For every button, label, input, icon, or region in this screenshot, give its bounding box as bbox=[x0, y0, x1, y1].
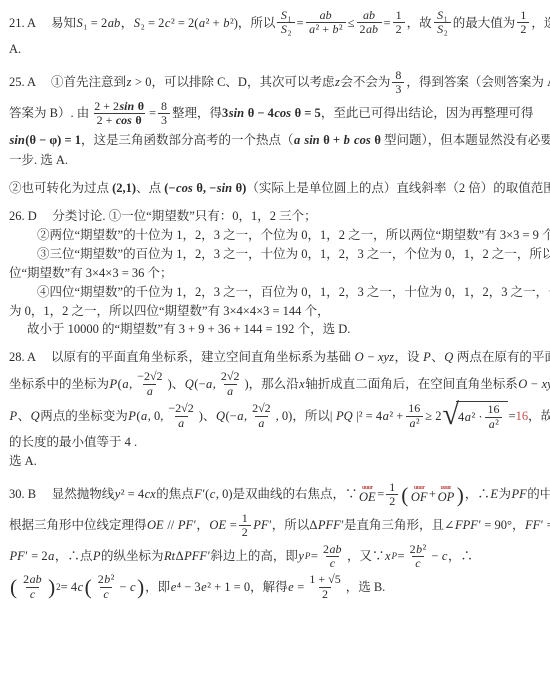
vector-name: OP bbox=[437, 491, 455, 504]
fraction-denominator: S₂ bbox=[434, 22, 451, 36]
fraction-denominator: 2 bbox=[239, 525, 251, 539]
math-run: Q(−a, bbox=[184, 376, 216, 393]
text-run: 的焦点 bbox=[156, 486, 194, 503]
text-run: 两点在原有的平面直角 bbox=[454, 350, 550, 364]
text-run: ，∴ bbox=[465, 486, 490, 503]
big-paren: ( bbox=[10, 578, 17, 596]
text-run: ，所以 bbox=[292, 408, 330, 425]
math-run-bold: a sin θ + b cos θ bbox=[293, 133, 380, 147]
math-run: 3 + 9 + 36 + 144 = 192 bbox=[179, 322, 295, 336]
text-run: 两点的坐标变为 bbox=[40, 408, 128, 425]
fraction-denominator: 2ab bbox=[357, 22, 382, 36]
math-run: 3×4×4×3 = 144 bbox=[223, 304, 301, 318]
solution-25-line-1: 25. A ①首先注意到 z > 0，可以排除 C、D，其次可以考虑 z 会不会… bbox=[9, 69, 542, 97]
fraction-numerator: 1 bbox=[393, 9, 405, 22]
fraction-numerator: ab bbox=[360, 9, 379, 22]
fraction-numerator: S₁ bbox=[277, 9, 294, 22]
text-run: ②两位“期望数”的十位为 1，2，3 之一，个位为 0，1，2 之一，所以两位“… bbox=[37, 228, 500, 242]
fraction: 2abc bbox=[320, 543, 345, 571]
fraction-numerator: 2b² bbox=[407, 543, 430, 556]
text-run: 的最大值为 bbox=[453, 15, 516, 32]
math-run: −2√2 bbox=[168, 401, 193, 415]
math-run: = 4c bbox=[61, 579, 84, 596]
fraction-numerator: 16 bbox=[485, 403, 503, 416]
math-run: FF′ = 2c bbox=[525, 517, 550, 534]
math-run: c bbox=[415, 556, 421, 570]
fraction-numerator: 1 + √5 bbox=[306, 573, 343, 586]
math-run: 2√2 bbox=[252, 401, 271, 415]
math-run: S₂ = 2c² = 2(a² + b²) bbox=[133, 15, 238, 32]
fraction: 2 + 2sin θ2 + cos θ bbox=[91, 100, 147, 128]
math-run: a bbox=[227, 384, 234, 398]
fraction-denominator: 3 bbox=[392, 82, 404, 96]
math-run: , 0) bbox=[276, 408, 293, 425]
text-run: ，所以 bbox=[238, 15, 276, 32]
vector-name: OE bbox=[359, 491, 377, 504]
vector: uuurOE bbox=[359, 485, 377, 504]
math-run: ab bbox=[319, 8, 332, 22]
text-run: 、 bbox=[18, 408, 31, 425]
text-run: ，至此已可得出结论，因为再整理可得 bbox=[321, 105, 534, 122]
math-run: Q bbox=[444, 350, 454, 364]
math-run: = bbox=[398, 548, 405, 565]
math-run: ≥ 2 bbox=[425, 408, 441, 425]
math-run: OP bbox=[437, 490, 455, 504]
math-run: 2 bbox=[520, 22, 526, 36]
text-run: 为 0，1，2 之一，所以四位“期望数”有 bbox=[9, 304, 223, 318]
math-run: P bbox=[9, 408, 18, 425]
math-run: e⁴ − 3e² + 1 = 0 bbox=[170, 579, 250, 596]
text-run: ，这是三角函数部分高考的一个热点（ bbox=[81, 133, 294, 147]
math-run: c bbox=[29, 587, 35, 601]
text-run: 的中点， bbox=[527, 486, 550, 503]
math-run: = bbox=[384, 15, 391, 32]
fraction: 2√2a bbox=[218, 370, 243, 398]
text-run: 25. A ①首先注意到 bbox=[9, 74, 126, 91]
text-run: 个，选 D. bbox=[294, 322, 350, 336]
text-run: ，得到答案（会则答案为 A，否则 bbox=[406, 74, 550, 91]
math-run-bold: sin θ bbox=[119, 99, 144, 113]
fraction-numerator: 1 bbox=[386, 481, 398, 494]
fraction-numerator: −2√2 bbox=[134, 370, 165, 383]
text-run: 、 bbox=[172, 376, 185, 393]
fraction: ab2ab bbox=[357, 9, 382, 37]
fraction-denominator: c bbox=[326, 556, 338, 570]
math-run: P bbox=[423, 350, 432, 364]
fraction: aba² + b² bbox=[306, 9, 346, 37]
math-run: 2ab bbox=[360, 22, 379, 36]
text-run: 个； bbox=[144, 266, 172, 280]
highlighted-value: 16 bbox=[516, 408, 529, 425]
text-run: 位“期望数”有 bbox=[9, 266, 86, 280]
text-run: 斜边上的高，即 bbox=[210, 548, 298, 565]
fraction-denominator: a bbox=[224, 384, 237, 398]
text-run: ③三位“期望数”的百位为 1，2，3 之一，十位为 0，1，2，3 之一，个位为… bbox=[37, 247, 550, 261]
text-run: 为 bbox=[498, 486, 511, 503]
math-run: −2√2 bbox=[137, 369, 162, 383]
math-run: 3×4×3 = 36 bbox=[86, 266, 145, 280]
math-run: 1 bbox=[389, 480, 395, 494]
math-run: 2 bbox=[242, 525, 248, 539]
math-run: S₁ = 2ab bbox=[76, 15, 121, 32]
math-run: 3 bbox=[161, 113, 167, 127]
fraction: 16a² bbox=[485, 403, 503, 431]
math-run: a bbox=[146, 384, 153, 398]
math-run: RtΔPFF′ bbox=[164, 548, 211, 565]
fraction-denominator: c bbox=[412, 556, 424, 570]
math-run: E bbox=[490, 486, 499, 503]
solution-28-line-1: 28. A 以原有的平面直角坐标系，建立空间直角坐标系为基础 O − xyz，设… bbox=[9, 349, 542, 366]
big-paren: ) bbox=[457, 486, 464, 504]
fraction-numerator: 16 bbox=[405, 402, 423, 415]
math-run: 2b² bbox=[410, 542, 427, 556]
math-run: PF bbox=[511, 486, 527, 503]
math-run: 16 bbox=[408, 401, 420, 415]
text-run: 一步. 选 A. bbox=[9, 153, 68, 167]
text-run: ②也可转化为过点 bbox=[9, 181, 112, 195]
text-run: 会不会为 bbox=[340, 74, 390, 91]
math-run: Q(−a, bbox=[215, 408, 247, 425]
solution-25-line-2: 答案为 B）. 由 2 + 2sin θ2 + cos θ = 83 整理，得 … bbox=[9, 100, 542, 128]
fraction: 2b²c bbox=[95, 573, 118, 601]
solution-25-line-3: sin(θ − φ) = 1，这是三角函数部分高考的一个热点（a sin θ +… bbox=[9, 132, 542, 149]
fraction-numerator: 2 + 2sin θ bbox=[91, 100, 147, 113]
text-run: 整理，得 bbox=[172, 105, 222, 122]
fraction: −2√2a bbox=[165, 402, 196, 430]
text-run: 坐标系中的坐标为 bbox=[9, 376, 109, 393]
math-run: OF bbox=[410, 490, 428, 504]
solution-26-line-4: 位“期望数”有 3×4×3 = 36 个； bbox=[9, 265, 542, 282]
text-run: ，那么沿 bbox=[249, 376, 299, 393]
text-run: 是直角三角形，且 bbox=[344, 517, 444, 534]
fraction-denominator: a² + b² bbox=[306, 22, 346, 36]
text-run: ， bbox=[121, 15, 134, 32]
math-run: S₂ bbox=[280, 22, 291, 36]
math-run: Q bbox=[30, 408, 40, 425]
text-run: 轴折成直二面角后，在空间直角坐标系 bbox=[305, 376, 518, 393]
text-run: 的纵坐标为 bbox=[101, 548, 164, 565]
text-run: ，故 bbox=[528, 408, 550, 425]
math-run: + bbox=[429, 486, 436, 503]
math-run: = bbox=[377, 486, 384, 503]
solution-26-line-1: 26. D 分类讨论. ①一位“期望数”只有：0，1，2 三个； bbox=[9, 208, 542, 225]
fraction-denominator: a² bbox=[406, 416, 423, 430]
math-run: 2 bbox=[396, 22, 402, 36]
text-run: 的长度的最小值等于 4 . bbox=[9, 435, 137, 449]
text-run: 选 A. bbox=[9, 454, 37, 468]
math-run: = bbox=[311, 548, 318, 565]
text-run: 型问题），但本题显然没有必要整理到这 bbox=[381, 133, 550, 147]
text-run: 个， bbox=[301, 304, 329, 318]
text-run: ，又∵ bbox=[347, 548, 385, 565]
text-run: （实际上是单位圆上的点）直线斜率（2 倍）的取值范围问题. bbox=[246, 181, 550, 195]
math-run: 1 bbox=[396, 8, 402, 22]
math-run: z > 0 bbox=[126, 74, 151, 91]
text-run: ，∴点 bbox=[55, 548, 93, 565]
text-run: ，所以 bbox=[272, 517, 310, 534]
math-run: = bbox=[297, 15, 304, 32]
fraction: 12 bbox=[517, 9, 529, 37]
fraction-numerator: 2√2 bbox=[218, 370, 243, 383]
radical: √4a² · 16a² bbox=[443, 401, 508, 431]
fraction-numerator: 2ab bbox=[320, 543, 345, 556]
math-run: ≤ bbox=[348, 15, 355, 32]
math-run: ∠FPF′ = 90° bbox=[444, 517, 512, 534]
fraction: 12 bbox=[239, 512, 251, 540]
math-run: F′(c, 0) bbox=[194, 486, 233, 503]
text-run: 故小于 10000 的“期望数”有 bbox=[27, 322, 179, 336]
solution-25-line-4: 一步. 选 A. bbox=[9, 152, 542, 169]
math-run: y² = 4cx bbox=[114, 486, 156, 503]
vector: uuurOF bbox=[410, 485, 428, 504]
solution-30-line-2: 根据三角形中位线定理得 OE // PF′，OE = 12PF′，所以 ΔPFF… bbox=[9, 512, 542, 540]
math-run: 2ab bbox=[23, 572, 42, 586]
fraction-denominator: a² bbox=[485, 417, 502, 431]
text-run: 、 bbox=[203, 408, 216, 425]
math-run-bold: sin(θ − φ) = 1 bbox=[9, 133, 81, 147]
fraction-numerator: 1 bbox=[517, 9, 529, 22]
math-run: 4a² · bbox=[458, 409, 483, 426]
math-run: = bbox=[149, 105, 156, 122]
fraction-denominator: S₂ bbox=[277, 22, 294, 36]
text-run: ，设 bbox=[394, 350, 422, 364]
solution-28-line-5: 选 A. bbox=[9, 453, 542, 470]
fraction: 2abc bbox=[20, 573, 45, 601]
text-run: 21. A 易知 bbox=[9, 15, 76, 32]
math-run: a bbox=[258, 416, 265, 430]
fraction: 1 + √52 bbox=[306, 573, 343, 601]
fraction: 2√2a bbox=[249, 402, 274, 430]
math-run: ab bbox=[363, 8, 376, 22]
math-run: 8 bbox=[395, 68, 401, 82]
math-run: | PQ |² = 4a² + bbox=[330, 408, 403, 425]
math-run: OE = bbox=[209, 517, 237, 534]
math-run: S₂ bbox=[437, 22, 448, 36]
math-run: 3 bbox=[395, 82, 401, 96]
fraction-numerator: S₁ bbox=[434, 9, 451, 22]
math-run: − c bbox=[431, 548, 448, 565]
math-run: 2 bbox=[322, 587, 328, 601]
math-run-bold: (2,1) bbox=[112, 181, 136, 195]
math-run: a² bbox=[409, 416, 420, 430]
text-run: ，即 bbox=[145, 579, 170, 596]
text-run: 是双曲线的右焦点，∵ bbox=[233, 486, 358, 503]
fraction-denominator: a bbox=[175, 416, 188, 430]
solution-26-line-3: ③三位“期望数”的百位为 1，2，3 之一，十位为 0，1，2，3 之一，个位为… bbox=[9, 246, 542, 263]
math-run: 3×3 = 9 bbox=[500, 228, 539, 242]
math-run: a bbox=[178, 416, 185, 430]
fraction-denominator: a bbox=[255, 416, 268, 430]
fraction-numerator: 2ab bbox=[20, 573, 45, 586]
math-run: 2b² bbox=[98, 572, 115, 586]
fraction-denominator: 2 bbox=[386, 494, 398, 508]
solution-21-line-1: 21. A 易知 S₁ = 2ab， S₂ = 2c² = 2(a² + b²)… bbox=[9, 9, 542, 37]
math-run: a² bbox=[488, 417, 499, 431]
math-run: e = bbox=[288, 579, 305, 596]
vector-name: OF bbox=[410, 491, 428, 504]
math-run: − c bbox=[119, 579, 136, 596]
text-run: ， bbox=[196, 517, 209, 534]
big-paren: ) bbox=[137, 578, 144, 596]
math-run: 8 bbox=[161, 99, 167, 113]
text-run: ，选 B. bbox=[346, 579, 386, 596]
fraction-denominator: c bbox=[26, 587, 38, 601]
scanned-math-solutions-page: { "page": { "background": "#ffffff", "te… bbox=[0, 0, 550, 682]
fraction-denominator: 2 bbox=[319, 587, 331, 601]
math-run: ΔPFF′ bbox=[309, 517, 344, 534]
fraction-denominator: 2 + cos θ bbox=[94, 113, 145, 127]
text-run: ，选 bbox=[531, 15, 550, 32]
math-run: 16 bbox=[488, 402, 500, 416]
fraction: 12 bbox=[393, 9, 405, 37]
solution-26-line-2: ②两位“期望数”的十位为 1，2，3 之一，个位为 0，1，2 之一，所以两位“… bbox=[9, 227, 542, 244]
fraction-denominator: 3 bbox=[158, 113, 170, 127]
fraction-numerator: 2b² bbox=[95, 573, 118, 586]
big-paren: ) bbox=[48, 578, 55, 596]
fraction-denominator: 2 bbox=[393, 22, 405, 36]
solution-28-line-3: P、Q 两点的坐标变为 P(a, 0, −2√2a)、Q(−a, 2√2a, 0… bbox=[9, 401, 542, 431]
fraction: −2√2a bbox=[134, 370, 165, 398]
text-run: 、 bbox=[431, 350, 444, 364]
text-run: 30. B 显然抛物线 bbox=[9, 486, 114, 503]
solution-26-line-5: ④四位“期望数”的千位为 1，2，3 之一，百位为 0，1，2，3 之一，十位为… bbox=[9, 284, 542, 301]
math-run: O − xyz bbox=[518, 376, 550, 393]
math-run: 2 + bbox=[97, 113, 116, 127]
fraction: 2b²c bbox=[407, 543, 430, 571]
big-paren: ( bbox=[85, 578, 92, 596]
math-run: 1 bbox=[242, 511, 248, 525]
text-run: 答案为 B）. 由 bbox=[9, 105, 89, 122]
math-run: PF′ = 2a bbox=[9, 548, 55, 565]
document-body: 21. A 易知 S₁ = 2ab， S₂ = 2c² = 2(a² + b²)… bbox=[0, 0, 550, 608]
math-run: 1 bbox=[520, 8, 526, 22]
math-run: c bbox=[103, 587, 109, 601]
fraction-numerator: 2√2 bbox=[249, 402, 274, 415]
math-run: OE // PF′ bbox=[147, 517, 197, 534]
text-run: 个； bbox=[539, 228, 550, 242]
math-run-bold: (−cos θ, −sin θ) bbox=[164, 181, 246, 195]
text-run: 根据三角形中位线定理得 bbox=[9, 517, 147, 534]
solution-30-line-1: 30. B 显然抛物线 y² = 4cx 的焦点 F′(c, 0) 是双曲线的右… bbox=[9, 481, 542, 509]
text-run: A. bbox=[9, 42, 21, 56]
math-run: 2 bbox=[389, 494, 395, 508]
fraction: 12 bbox=[386, 481, 398, 509]
fraction: S₁S₂ bbox=[277, 9, 294, 37]
text-run: 28. A 以原有的平面直角坐标系，建立空间直角坐标系为基础 bbox=[9, 350, 354, 364]
fraction-numerator: 8 bbox=[392, 69, 404, 82]
solution-30-line-4: (2abc)2 = 4c(2b²c − c)，即 e⁴ − 3e² + 1 = … bbox=[9, 573, 542, 601]
math-run: S₁ bbox=[280, 8, 291, 22]
math-run: c bbox=[329, 556, 335, 570]
fraction-numerator: 1 bbox=[239, 512, 251, 525]
math-run: PF′ bbox=[253, 517, 272, 534]
text-run: ，解得 bbox=[250, 579, 288, 596]
math-run: P bbox=[92, 548, 101, 565]
fraction-numerator: −2√2 bbox=[165, 402, 196, 415]
fraction: 16a² bbox=[405, 402, 423, 430]
fraction: S₁S₂ bbox=[434, 9, 451, 37]
fraction: 83 bbox=[158, 100, 170, 128]
math-run: 2√2 bbox=[221, 369, 240, 383]
big-paren: ( bbox=[401, 486, 408, 504]
solution-25-note: ②也可转化为过点 (2,1)、点 (−cos θ, −sin θ)（实际上是单位… bbox=[9, 180, 542, 197]
math-run: O − xyz bbox=[354, 350, 394, 364]
math-run: P(a, bbox=[109, 376, 132, 393]
solution-30-line-3: PF′ = 2a，∴点 P 的纵坐标为 RtΔPFF′ 斜边上的高，即 yP =… bbox=[9, 543, 542, 571]
fraction-denominator: 2 bbox=[517, 22, 529, 36]
solution-28-line-4: 的长度的最小值等于 4 . bbox=[9, 434, 542, 451]
math-run: 1 + √5 bbox=[309, 572, 340, 586]
radical-content: 4a² · 16a² bbox=[456, 401, 508, 431]
fraction-numerator: 8 bbox=[158, 100, 170, 113]
text-run: ，∴ bbox=[448, 548, 473, 565]
math-run-bold: cos θ bbox=[115, 113, 141, 127]
solution-26-line-7: 故小于 10000 的“期望数”有 3 + 9 + 36 + 144 = 192… bbox=[9, 321, 542, 338]
fraction: 83 bbox=[392, 69, 404, 97]
solution-26-line-6: 为 0，1，2 之一，所以四位“期望数”有 3×4×4×3 = 144 个， bbox=[9, 303, 542, 320]
text-run: ④四位“期望数”的千位为 1，2，3 之一，百位为 0，1，2，3 之一，十位为… bbox=[37, 285, 550, 299]
math-run: 2 + 2 bbox=[94, 99, 119, 113]
solution-21-line-2: A. bbox=[9, 41, 542, 58]
text-run: ， bbox=[512, 517, 525, 534]
math-run: OE bbox=[359, 490, 377, 504]
text-run: 、点 bbox=[136, 181, 164, 195]
fraction-denominator: c bbox=[100, 587, 112, 601]
math-run-bold: 3sin θ − 4cos θ = 5 bbox=[222, 105, 321, 122]
fraction-numerator: ab bbox=[316, 9, 335, 22]
radical-sign: √ bbox=[443, 400, 459, 430]
math-run: = bbox=[509, 408, 516, 425]
vector: uuurOP bbox=[437, 485, 455, 504]
fraction-denominator: a bbox=[143, 384, 156, 398]
solution-28-line-2: 坐标系中的坐标为 P(a, −2√2a)、Q(−a, 2√2a)，那么沿 x 轴… bbox=[9, 370, 542, 398]
text-run: ，故 bbox=[407, 15, 432, 32]
math-run: P(a, 0, bbox=[128, 408, 164, 425]
math-run: S₁ bbox=[437, 8, 448, 22]
math-run: 2ab bbox=[323, 542, 342, 556]
text-run: ，可以排除 C、D，其次可以考虑 bbox=[151, 74, 334, 91]
math-run: a² + b² bbox=[309, 22, 343, 36]
text-run: 26. D 分类讨论. ①一位“期望数”只有：0，1，2 三个； bbox=[9, 209, 317, 223]
